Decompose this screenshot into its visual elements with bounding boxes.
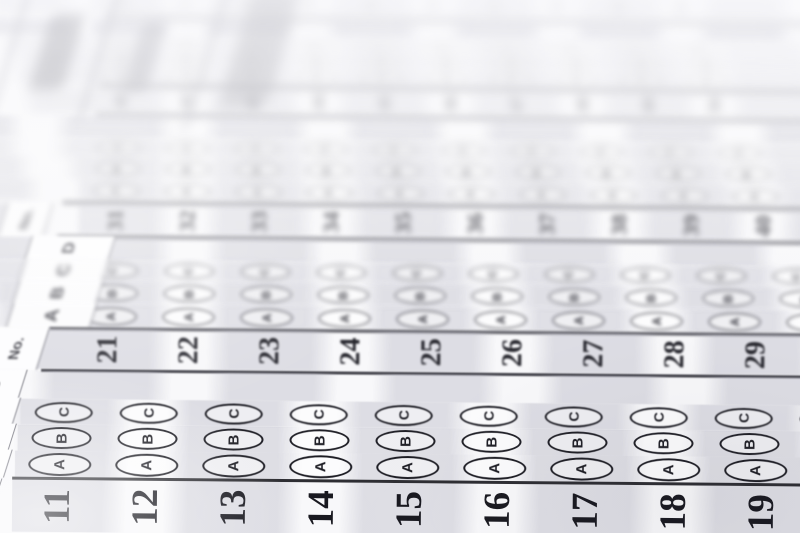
bubble-letter: B	[532, 169, 543, 176]
bubble-letter: A	[395, 189, 406, 196]
bubble-15-C: C	[375, 404, 433, 426]
question-number-59: 59	[592, 0, 648, 21]
bubble-letter: A	[260, 313, 274, 322]
bubble-50-B: B	[687, 59, 727, 70]
omr-answer-sheet-photo: 51525354555657585960CCCCCCCCCCBBBBBBBBBB…	[0, 0, 800, 533]
question-number-text: 12	[123, 488, 166, 525]
bubble-36-C: C	[442, 143, 486, 157]
question-number-text: 13	[211, 489, 254, 526]
question-number-text: 38	[606, 213, 632, 235]
bubble-38-C: C	[580, 144, 624, 158]
question-number-23: 23	[230, 331, 310, 372]
bubble-letter: C	[438, 43, 447, 49]
question-number-27: 27	[554, 333, 634, 374]
bubble-letter: B	[182, 289, 196, 298]
bubble-letter: A	[51, 459, 68, 470]
bubble-48-A: A	[556, 74, 598, 86]
bubble-letter: B	[312, 58, 321, 64]
question-number-text: 18	[651, 493, 694, 530]
header-cell-No: No.	[0, 327, 50, 369]
bubble-letter: B	[182, 57, 191, 63]
bubble-letter: C	[666, 148, 677, 155]
bubble-16-A: A	[463, 456, 526, 480]
question-number-38: 38	[588, 209, 650, 241]
header-cell-B: B	[12, 280, 104, 306]
question-number-39: 39	[660, 209, 722, 241]
question-number-text: 46	[440, 95, 460, 112]
bubble-letter: B	[507, 60, 516, 66]
header-cell-No: No.	[0, 478, 2, 532]
bubble-25-B: B	[394, 287, 445, 304]
question-number-46: 46	[424, 90, 476, 116]
bubble-45-C: C	[360, 40, 398, 51]
bubble-24-C: C	[316, 264, 365, 280]
bubble-26-B: B	[471, 288, 522, 305]
question-number-50: 50	[688, 93, 740, 119]
question-number-text: 16	[475, 491, 518, 528]
bubble-36-B: B	[445, 164, 490, 178]
bubble-16-B: B	[461, 431, 521, 454]
question-number-52: 52	[158, 0, 214, 17]
bubble-38-B: B	[585, 166, 630, 180]
question-number-28: 28	[635, 334, 715, 375]
bubble-letter: C	[182, 41, 191, 47]
bubble-30-C: C	[772, 268, 800, 284]
question-number-58: 58	[530, 0, 586, 21]
question-number-text: 36	[462, 212, 488, 234]
bubble-letter: A	[728, 317, 742, 326]
bubble-16-C: C	[460, 405, 518, 427]
bubble-letter: C	[528, 147, 539, 154]
question-number-60: 60	[654, 0, 710, 22]
bubble-letter: B	[572, 61, 581, 67]
bubble-letter: B	[567, 293, 581, 302]
bubble-letter: A	[324, 189, 335, 196]
bubble-49-C: C	[616, 42, 654, 53]
bubble-letter: A	[138, 459, 155, 470]
header-cell-No: No.	[0, 203, 54, 236]
bubble-39-A: A	[662, 188, 708, 203]
bubble-19-B: B	[719, 433, 779, 456]
bubble-letter: B	[53, 433, 70, 444]
bubble-18-B: B	[633, 432, 693, 455]
header-cell-C: C	[0, 397, 21, 425]
bubble-30-A: A	[786, 313, 800, 331]
bubble-37-B: B	[515, 165, 560, 179]
bubble-letter: A	[111, 187, 122, 194]
bubble-28-C: C	[620, 267, 669, 283]
bubble-letter: B	[392, 167, 403, 174]
question-number-text: 22	[173, 336, 205, 364]
bubble-letter: A	[399, 462, 416, 473]
bubble-letter: C	[597, 148, 608, 155]
bubble-34-B: B	[305, 163, 350, 177]
bubble-letter: C	[411, 269, 423, 277]
question-number-text: 35	[390, 211, 416, 233]
question-number-35: 35	[372, 207, 434, 239]
bubble-48-C: C	[552, 42, 590, 53]
question-number-text: 21	[92, 335, 124, 363]
question-number-text: 15	[387, 490, 430, 527]
header-label: C	[0, 406, 1, 418]
bubble-37-C: C	[511, 143, 555, 157]
bubble-letter: B	[225, 434, 242, 445]
bubble-letter: B	[655, 438, 672, 449]
bubble-letter: C	[107, 266, 119, 274]
bubble-letter: B	[741, 439, 758, 450]
bubble-44-A: A	[296, 72, 338, 84]
bubble-letter: B	[490, 292, 504, 301]
bubble-35-C: C	[373, 142, 417, 156]
bubble-letter: B	[182, 165, 193, 172]
bubble-letter: A	[466, 190, 477, 197]
bubble-37-A: A	[520, 187, 566, 202]
bubble-44-C: C	[296, 40, 334, 51]
bubble-letter: A	[312, 75, 321, 81]
bubble-28-B: B	[625, 289, 676, 306]
bubble-letter: C	[311, 409, 327, 419]
bubble-letter: A	[182, 312, 196, 321]
bubble-letter: C	[310, 42, 319, 48]
bubble-42-C: C	[168, 38, 206, 49]
header-label: B	[46, 286, 70, 298]
bubble-17-B: B	[547, 431, 607, 454]
question-number-text: 33	[246, 210, 272, 232]
bubble-letter: C	[566, 45, 575, 51]
header-label: C	[52, 264, 76, 276]
bubble-letter: B	[483, 436, 500, 447]
bubble-letter: C	[183, 267, 195, 275]
bubble-letter: B	[742, 170, 753, 177]
question-number-31: 31	[84, 204, 146, 236]
question-number-text: 51	[116, 0, 132, 10]
bubble-32-A: A	[165, 183, 211, 198]
bubble-35-A: A	[378, 185, 424, 200]
question-number-text: 37	[534, 213, 560, 235]
bubble-27-C: C	[544, 266, 593, 282]
bubble-letter: C	[374, 43, 383, 49]
bubble-letter: A	[507, 77, 516, 83]
bubble-40-B: B	[725, 167, 770, 181]
bubble-letter: A	[312, 461, 329, 472]
bubble-letter: B	[602, 169, 613, 176]
question-number-text: 44	[308, 94, 328, 111]
bubble-34-A: A	[307, 185, 353, 200]
bubble-letter: B	[442, 59, 451, 65]
question-number-48: 48	[556, 91, 608, 117]
bubble-letter: A	[182, 187, 193, 194]
bubble-23-A: A	[241, 308, 293, 326]
bubble-32-B: B	[165, 162, 210, 176]
bubble-letter: B	[311, 435, 328, 446]
bubble-13-B: B	[203, 428, 263, 451]
bubble-letter: C	[226, 408, 242, 418]
bubble-34-C: C	[304, 142, 348, 156]
bubble-13-A: A	[202, 454, 265, 478]
bubble-31-B: B	[95, 161, 140, 175]
bubble-letter: B	[117, 57, 126, 63]
bubble-letter: A	[442, 76, 451, 82]
bubble-46-C: C	[424, 41, 462, 52]
question-number-text: 31	[102, 209, 128, 231]
question-numbers-row-11-20: 11121314151617181920No.	[0, 479, 800, 533]
question-number-text: 27	[578, 340, 610, 368]
bubble-letter: C	[791, 272, 800, 280]
bubble-13-C: C	[205, 403, 263, 425]
bubble-letter: C	[118, 41, 127, 47]
bubble-letter: B	[672, 170, 683, 177]
bubble-letter: A	[104, 312, 118, 321]
bubble-letter: A	[660, 464, 677, 475]
question-number-text: 54	[302, 0, 318, 11]
bubble-letter: C	[481, 411, 497, 421]
bubble-letter: B	[105, 289, 119, 298]
question-number-text: 19	[739, 493, 782, 530]
bubble-19-C: C	[715, 407, 773, 429]
bubble-letter: C	[390, 146, 401, 153]
bubble-letter: C	[141, 408, 157, 418]
bubble-33-B: B	[235, 163, 280, 177]
bubble-12-A: A	[115, 453, 178, 477]
bubble-letter: C	[183, 144, 194, 151]
answer-grid: 51525354555657585960CCCCCCCCCCBBBBBBBBBB…	[0, 0, 800, 533]
question-number-text: 40	[750, 215, 776, 237]
bubble-letter: B	[322, 167, 333, 174]
bubble-letter: B	[413, 291, 427, 300]
bubble-letter: A	[573, 463, 590, 474]
question-number-49: 49	[622, 92, 674, 118]
bubble-letter: A	[338, 314, 352, 323]
bubble-44-B: B	[297, 56, 337, 67]
bubble-letter: B	[721, 294, 735, 303]
question-number-51: 51	[96, 0, 152, 17]
question-number-40: 40	[732, 210, 794, 242]
bubble-letter: C	[502, 44, 511, 50]
question-number-text: 25	[416, 338, 448, 366]
question-number-text: 28	[659, 340, 691, 368]
bubble-47-A: A	[491, 73, 533, 85]
bubble-letter: C	[335, 268, 347, 276]
header-cell-D: D	[0, 369, 28, 399]
bubble-letter: C	[459, 146, 470, 153]
bubble-49-B: B	[622, 58, 662, 69]
bubble-letter: B	[336, 291, 350, 300]
bubble-letter: C	[651, 412, 667, 422]
header-label: D	[59, 242, 81, 254]
question-number-42: 42	[160, 88, 212, 114]
bubble-letter: A	[608, 191, 619, 198]
bubble-letter: B	[702, 62, 711, 68]
question-number-text: 17	[563, 492, 606, 529]
bubble-letter: C	[694, 46, 703, 52]
bubble-letter: A	[572, 316, 586, 325]
bubble-18-A: A	[637, 458, 700, 482]
bubble-letter: C	[735, 149, 746, 156]
bubble-17-C: C	[545, 406, 603, 428]
bubble-36-A: A	[449, 186, 495, 201]
bubble-letter: B	[259, 290, 273, 299]
question-number-25: 25	[392, 332, 472, 373]
bubble-letter: A	[679, 192, 690, 199]
bubble-50-A: A	[686, 75, 728, 87]
question-number-text: 50	[704, 97, 724, 114]
question-number-text: 23	[254, 337, 286, 365]
question-number-55: 55	[344, 0, 400, 19]
bubble-letter: C	[56, 407, 72, 417]
question-number-text: 41	[110, 92, 130, 109]
bubble-11-C: C	[35, 401, 93, 423]
bubble-letter: C	[321, 145, 332, 152]
bubble-27-B: B	[548, 288, 599, 305]
question-number-text: 11	[35, 488, 78, 523]
header-label: D	[0, 379, 5, 390]
bubble-letter: A	[377, 75, 386, 81]
question-number-text: 52	[178, 0, 194, 10]
bubble-letter: A	[253, 188, 264, 195]
bubble-letter: B	[139, 433, 156, 444]
bubble-25-A: A	[397, 309, 449, 327]
bubble-24-B: B	[317, 286, 368, 303]
bubble-letter: C	[259, 268, 271, 276]
question-number-text: 60	[674, 0, 690, 14]
bubble-33-C: C	[235, 141, 279, 155]
question-number-24: 24	[311, 331, 391, 372]
bubble-letter: C	[252, 145, 263, 152]
bubble-45-B: B	[362, 56, 402, 67]
bubble-29-C: C	[696, 268, 745, 284]
bubble-letter: B	[397, 436, 414, 447]
bubble-letter: C	[630, 45, 639, 51]
question-number-text: 45	[374, 94, 394, 111]
bubble-26-C: C	[468, 266, 517, 282]
bubble-15-A: A	[376, 455, 439, 479]
header-label: No.	[4, 337, 27, 360]
bubble-24-A: A	[319, 309, 371, 327]
bubble-45-A: A	[361, 72, 403, 84]
bubble-letter: B	[377, 59, 386, 65]
bubble-letter: B	[637, 61, 646, 67]
bubble-11-B: B	[31, 427, 91, 450]
header-cell-A: A	[6, 303, 98, 329]
question-number-47: 47	[490, 91, 542, 117]
question-number-29: 29	[716, 335, 796, 376]
bubble-letter: A	[537, 191, 548, 198]
bubble-letter: B	[644, 293, 658, 302]
bubble-22-C: C	[164, 263, 213, 279]
question-number-21: 21	[68, 329, 148, 370]
question-number-text: 26	[497, 339, 529, 367]
header-label: No.	[15, 209, 37, 230]
question-number-text: 55	[364, 0, 380, 12]
question-number-22: 22	[149, 330, 229, 371]
bubble-29-B: B	[702, 290, 753, 307]
question-number-text: 59	[612, 0, 628, 14]
bubble-31-C: C	[97, 140, 141, 154]
bubble-letter: A	[225, 460, 242, 471]
bubble-47-C: C	[488, 41, 526, 52]
bubble-31-A: A	[94, 183, 140, 198]
bubble-50-C: C	[680, 43, 718, 54]
bubble-letter: C	[736, 413, 752, 423]
bubble-letter: C	[563, 270, 575, 278]
bubble-27-A: A	[552, 311, 604, 329]
bubble-22-A: A	[163, 307, 215, 325]
question-number-19: 19	[709, 486, 800, 533]
bubble-49-A: A	[621, 74, 663, 86]
question-number-text: 14	[299, 490, 342, 527]
bubble-letter: C	[487, 270, 499, 278]
bubble-11-A: A	[28, 452, 91, 476]
question-number-32: 32	[156, 205, 218, 237]
bubble-40-A: A	[733, 188, 779, 203]
bubble-40-C: C	[718, 145, 762, 159]
question-number-text: 24	[335, 337, 367, 365]
bubble-letter: C	[715, 272, 727, 280]
bubble-letter: A	[650, 316, 664, 325]
bubble-46-B: B	[427, 57, 467, 68]
bubble-29-A: A	[708, 312, 760, 330]
question-number-56: 56	[406, 0, 462, 20]
bubble-letter: A	[416, 314, 430, 323]
bubble-30-B: B	[779, 290, 800, 307]
header-label: A	[39, 309, 64, 322]
bubble-23-C: C	[240, 264, 289, 280]
question-number-33: 33	[228, 205, 290, 237]
bubble-letter: B	[462, 168, 473, 175]
bubble-letter: C	[639, 271, 651, 279]
bubble-letter: B	[252, 166, 263, 173]
bubble-23-B: B	[240, 286, 291, 303]
bubble-48-B: B	[557, 58, 597, 69]
bubble-letter: C	[114, 143, 125, 150]
bubble-19-A: A	[724, 458, 787, 482]
bubble-letter: A	[572, 77, 581, 83]
question-number-45: 45	[358, 90, 410, 116]
question-number-text: 58	[550, 0, 566, 13]
question-number-36: 36	[444, 207, 506, 239]
question-number-text: 29	[740, 341, 772, 369]
bubble-35-B: B	[375, 164, 420, 178]
bubble-38-A: A	[591, 187, 637, 202]
bubble-46-A: A	[426, 73, 468, 85]
bubble-17-A: A	[550, 457, 613, 481]
question-number-text: 32	[174, 210, 200, 232]
bubble-14-C: C	[290, 404, 348, 426]
bubble-32-C: C	[166, 140, 210, 154]
bubble-letter: C	[396, 410, 412, 420]
bubble-47-B: B	[492, 57, 532, 68]
question-number-text: 34	[318, 211, 344, 233]
bubble-letter: B	[569, 437, 586, 448]
bubble-letter: A	[747, 465, 764, 476]
header-cell-A: A	[0, 449, 13, 477]
bubble-letter: A	[494, 315, 508, 324]
bubble-letter: A	[182, 74, 191, 80]
question-number-text: 47	[506, 95, 526, 112]
bubble-letter: A	[702, 78, 711, 84]
header-cell-D: D	[24, 236, 116, 261]
bubble-letter: C	[566, 411, 582, 421]
bubble-14-B: B	[289, 429, 349, 452]
bubble-letter: A	[750, 192, 761, 199]
bubble-14-A: A	[289, 455, 352, 479]
question-number-26: 26	[473, 333, 553, 374]
bubble-28-A: A	[630, 312, 682, 330]
bubble-15-B: B	[375, 430, 435, 453]
header-cell-B: B	[0, 423, 17, 451]
question-number-text: 56	[426, 0, 442, 12]
bubble-18-C: C	[630, 407, 688, 429]
